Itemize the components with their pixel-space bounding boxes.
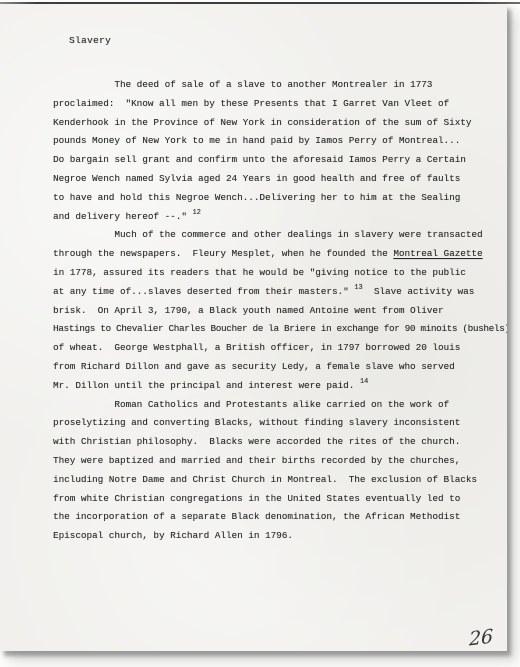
text-line: Negroe Wench named Sylvia aged 24 Years … <box>53 170 507 189</box>
text-line: brisk. On April 3, 1790, a Black youth n… <box>53 302 507 321</box>
handwritten-page-number: 26 <box>469 625 493 650</box>
text-segment: through the newspapers. Fleury Mesplet, … <box>53 248 393 259</box>
text-segment: Do bargain sell grant and confirm unto t… <box>53 154 466 165</box>
text-line: Do bargain sell grant and confirm unto t… <box>53 151 507 170</box>
text-segment: The deed of sale of a slave to another M… <box>53 79 432 90</box>
paper-page: Slavery The deed of sale of a slave to a… <box>0 4 507 651</box>
text-line: They were baptized and married and their… <box>53 452 507 471</box>
text-segment: proclaimed: "Know all men by these Prese… <box>53 98 449 109</box>
text-segment: Much of the commerce and other dealings … <box>53 229 483 240</box>
text-line: of wheat. George Westphall, a British of… <box>53 339 507 358</box>
footnote-reference: 12 <box>192 209 200 217</box>
text-line: The deed of sale of a slave to another M… <box>53 76 507 95</box>
text-segment: including Notre Dame and Christ Church i… <box>53 474 477 485</box>
text-segment: from Richard Dillon and gave as security… <box>53 361 455 372</box>
text-segment: Slave activity was <box>363 286 475 297</box>
text-segment: and delivery hereof --." <box>53 211 192 222</box>
text-segment: Kenderhook in the Province of New York i… <box>53 117 471 128</box>
text-line: Episcopal church, by Richard Allen in 17… <box>53 527 507 546</box>
text-line: from Richard Dillon and gave as security… <box>53 358 507 377</box>
text-segment: brisk. On April 3, 1790, a Black youth n… <box>53 305 444 316</box>
text-line: the incorporation of a separate Black de… <box>53 508 507 527</box>
text-line: pounds Money of New York to me in hand p… <box>53 132 507 151</box>
text-line: Mr. Dillon until the principal and inter… <box>53 377 507 396</box>
text-line: with Christian philosophy. Blacks were a… <box>53 433 507 452</box>
text-segment: from white Christian congregations in th… <box>53 493 460 504</box>
text-segment: Roman Catholics and Protestants alike ca… <box>53 399 449 410</box>
text-line: proselytizing and converting Blacks, wit… <box>53 414 507 433</box>
text-line: Kenderhook in the Province of New York i… <box>53 114 507 133</box>
text-segment: to have and hold this Negroe Wench...Del… <box>53 192 460 203</box>
footnote-reference: 14 <box>360 378 368 386</box>
text-line: Roman Catholics and Protestants alike ca… <box>53 396 507 415</box>
text-line: at any time of...slaves deserted from th… <box>53 283 507 302</box>
text-line: and delivery hereof --." 12 <box>53 208 507 227</box>
scanned-page: Slavery The deed of sale of a slave to a… <box>0 0 520 667</box>
text-line: through the newspapers. Fleury Mesplet, … <box>53 245 507 264</box>
text-line: proclaimed: "Know all men by these Prese… <box>53 95 507 114</box>
text-segment: in 1778, assured its readers that he wou… <box>53 267 466 278</box>
text-segment: Mr. Dillon until the principal and inter… <box>53 380 360 391</box>
text-segment: with Christian philosophy. Blacks were a… <box>53 436 460 447</box>
text-line: from white Christian congregations in th… <box>53 490 507 509</box>
text-segment: proselytizing and converting Blacks, wit… <box>53 417 460 428</box>
document-body: The deed of sale of a slave to another M… <box>53 76 507 546</box>
text-segment: They were baptized and married and their… <box>53 455 460 466</box>
text-segment: Hastings to Chevalier Charles Boucher de… <box>53 323 507 334</box>
text-line: Hastings to Chevalier Charles Boucher de… <box>53 320 507 339</box>
text-segment: at any time of...slaves deserted from th… <box>53 286 354 297</box>
text-segment: pounds Money of New York to me in hand p… <box>53 135 460 146</box>
page-title: Slavery <box>69 35 111 46</box>
text-segment: of wheat. George Westphall, a British of… <box>53 342 460 353</box>
text-segment: Episcopal church, by Richard Allen in 17… <box>53 530 293 541</box>
text-line: including Notre Dame and Christ Church i… <box>53 471 507 490</box>
text-segment: the incorporation of a separate Black de… <box>53 511 460 522</box>
underlined-text: Montreal Gazette <box>393 248 482 259</box>
text-line: Much of the commerce and other dealings … <box>53 226 507 245</box>
text-segment: Negroe Wench named Sylvia aged 24 Years … <box>53 173 460 184</box>
text-line: to have and hold this Negroe Wench...Del… <box>53 189 507 208</box>
footnote-reference: 13 <box>354 284 362 292</box>
text-line: in 1778, assured its readers that he wou… <box>53 264 507 283</box>
